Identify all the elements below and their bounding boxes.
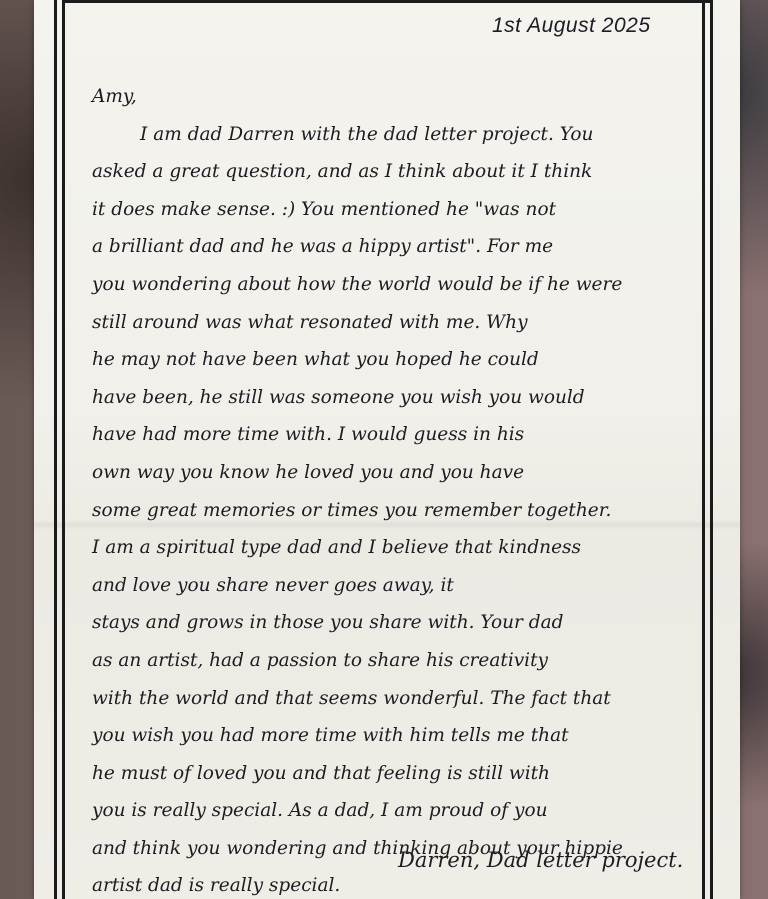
letter-line: have been, he still was someone you wish… — [92, 379, 692, 417]
letter-line: I am a spiritual type dad and I believe … — [92, 529, 692, 567]
letter-line: you wondering about how the world would … — [92, 266, 692, 304]
letter-line: you is really special. As a dad, I am pr… — [92, 792, 692, 830]
letter-line: stays and grows in those you share with.… — [92, 604, 692, 642]
letter-line: I am dad Darren with the dad letter proj… — [92, 116, 692, 154]
letter-line: have had more time with. I would guess i… — [92, 416, 692, 454]
salutation: Amy, — [92, 78, 692, 116]
border-line-left-inner — [62, 0, 65, 899]
letter-line: it does make sense. :) You mentioned he … — [92, 191, 692, 229]
letter-line: you wish you had more time with him tell… — [92, 717, 692, 755]
letter-line: asked a great question, and as I think a… — [92, 153, 692, 191]
letter-line: own way you know he loved you and you ha… — [92, 454, 692, 492]
letter-line: he may not have been what you hoped he c… — [92, 341, 692, 379]
border-line-right-outer — [710, 0, 713, 899]
border-line-top — [62, 0, 713, 3]
letter-line: still around was what resonated with me.… — [92, 304, 692, 342]
border-line-left-outer — [54, 0, 57, 899]
letter-body: Amy, I am dad Darren with the dad letter… — [92, 78, 692, 899]
letter-line: a brilliant dad and he was a hippy artis… — [92, 228, 692, 266]
letter-line: artist dad is really special. — [92, 867, 692, 899]
border-line-right-inner — [702, 0, 705, 899]
signature: Darren, Dad letter project. — [398, 848, 683, 872]
letter-line: some great memories or times you remembe… — [92, 492, 692, 530]
letter-date: 1st August 2025 — [492, 14, 651, 38]
letter-line: he must of loved you and that feeling is… — [92, 755, 692, 793]
letter-line: with the world and that seems wonderful.… — [92, 680, 692, 718]
letter-line: and love you share never goes away, it — [92, 567, 692, 605]
letter-line: as an artist, had a passion to share his… — [92, 642, 692, 680]
